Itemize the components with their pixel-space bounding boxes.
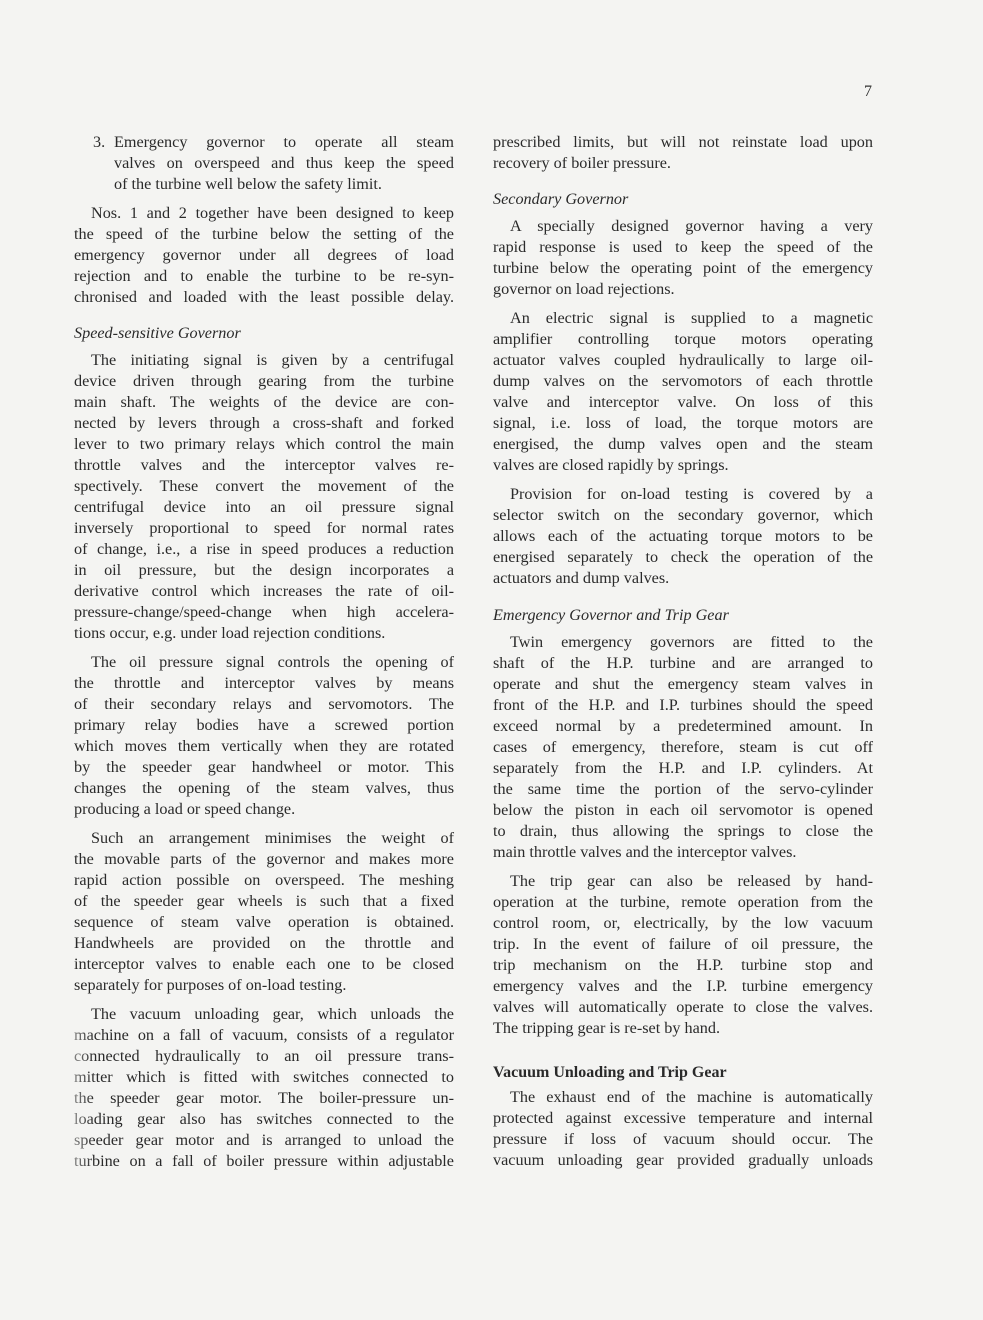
text-line: the same time the portion of the servo-c… — [493, 779, 873, 800]
text-line: The trip gear can also be released by ha… — [510, 871, 873, 892]
text-line: main shaft. The weights of the device ar… — [74, 392, 454, 413]
section-heading-vacuum-unloading: Vacuum Unloading and Trip Gear — [493, 1062, 873, 1083]
text-line: inversely proportional to speed for norm… — [74, 518, 454, 539]
text-line: turbine on a fall of boiler pressure wit… — [74, 1151, 454, 1172]
text-line: valves on overspeed and thus keep the sp… — [114, 153, 454, 174]
text-line: lever to two primary relays which contro… — [74, 434, 454, 455]
text-line: control room, or, electrically, by the l… — [493, 913, 873, 934]
text-line: trip mechanism on the H.P. turbine stop … — [493, 955, 873, 976]
text-line: A specially designed governor having a v… — [510, 216, 873, 237]
text-line: vacuum unloading gear provided gradually… — [493, 1150, 873, 1171]
text-line: sequence of steam valve operation is obt… — [74, 912, 454, 933]
text-line: The exhaust end of the machine is automa… — [510, 1087, 873, 1108]
text-line: of the speeder gear wheels is such that … — [74, 891, 454, 912]
text-line: energised separately to check the operat… — [493, 547, 873, 568]
text-line: The vacuum unloading gear, which unloads… — [91, 1004, 454, 1025]
text-line: centrifugal device into an oil pressure … — [74, 497, 454, 518]
text-line: operate and shut the emergency steam val… — [493, 674, 873, 695]
text-line: energised, the dump valves open and the … — [493, 434, 873, 455]
text-line: by the speeder gear handwheel or motor. … — [74, 757, 454, 778]
text-line: valves will automatically operate to clo… — [493, 997, 873, 1018]
text-line: actuator valves coupled hydraulically to… — [493, 350, 873, 371]
text-line: front of the H.P. and I.P. turbines shou… — [493, 695, 873, 716]
text-line: nected by levers through a cross-shaft a… — [74, 413, 454, 434]
text-line: allows each of the actuating torque moto… — [493, 526, 873, 547]
text-line: loading gear also has switches connected… — [74, 1109, 454, 1130]
section-heading-secondary-governor: Secondary Governor — [493, 189, 873, 210]
text-line: cases of emergency, therefore, steam is … — [493, 737, 873, 758]
text-line: valve and interceptor valve. On loss of … — [493, 392, 873, 413]
text-line: interceptor valves to enable each one to… — [74, 954, 454, 975]
text-line: operation at the turbine, remote operati… — [493, 892, 873, 913]
text-line: trip. In the event of failure of oil pre… — [493, 934, 873, 955]
text-line: throttle valves and the interceptor valv… — [74, 455, 454, 476]
text-line: The oil pressure signal controls the ope… — [91, 652, 454, 673]
text-line: pressure-change/speed-change when high a… — [74, 602, 454, 623]
text-line: emergency governor under all degrees of … — [74, 245, 454, 266]
text-line: recovery of boiler pressure. — [493, 153, 873, 174]
text-line: the speed of the turbine below the setti… — [74, 224, 454, 245]
text-line: The initiating signal is given by a cent… — [91, 350, 454, 371]
text-line: Such an arrangement minimises the weight… — [91, 828, 454, 849]
text-line: emergency valves and the I.P. turbine em… — [493, 976, 873, 997]
page-number: 7 — [864, 83, 872, 101]
text-line: which moves them vertically when they ar… — [74, 736, 454, 757]
section-heading-speed-sensitive-governor: Speed-sensitive Governor — [74, 323, 454, 344]
text-line: turbine below the operating point of the… — [493, 258, 873, 279]
text-line: mitter which is fitted with switches con… — [74, 1067, 454, 1088]
text-line: The tripping gear is re-set by hand. — [493, 1018, 873, 1039]
text-line: chronised and loaded with the least poss… — [74, 287, 454, 308]
text-line: exceed normal by a predetermined amount.… — [493, 716, 873, 737]
text-line: rejection and to enable the turbine to b… — [74, 266, 454, 287]
text-line: machine on a fall of vacuum, consists of… — [74, 1025, 454, 1046]
text-line: device driven through gearing from the t… — [74, 371, 454, 392]
text-line: selector switch on the secondary governo… — [493, 505, 873, 526]
text-line: tions occur, e.g. under load rejection c… — [74, 623, 454, 644]
text-line: amplifier controlling torque motors oper… — [493, 329, 873, 350]
text-line: signal, i.e. loss of load, the torque mo… — [493, 413, 873, 434]
text-line: producing a load or speed change. — [74, 799, 454, 820]
text-line: governor on load rejections. — [493, 279, 873, 300]
text-line: spectively. These convert the movement o… — [74, 476, 454, 497]
text-line: rapid response is used to keep the speed… — [493, 237, 873, 258]
text-line: in oil pressure, but the design incorpor… — [74, 560, 454, 581]
text-line: to drain, thus allowing the springs to c… — [493, 821, 873, 842]
text-line: Emergency governor to operate all steam — [114, 132, 454, 153]
text-line: An electric signal is supplied to a magn… — [510, 308, 873, 329]
text-line: the speeder gear motor. The boiler-press… — [74, 1088, 454, 1109]
text-line: Provision for on-load testing is covered… — [510, 484, 873, 505]
text-line: of the turbine well below the safety lim… — [114, 174, 454, 195]
text-line: of their secondary relays and servomotor… — [74, 694, 454, 715]
text-line: dump valves on the servomotors of each t… — [493, 371, 873, 392]
text-line: rapid action possible on overspeed. The … — [74, 870, 454, 891]
text-line: below the piston in each oil servomotor … — [493, 800, 873, 821]
text-line: derivative control which increases the r… — [74, 581, 454, 602]
text-line: protected against excessive temperature … — [493, 1108, 873, 1129]
text-line: actuators and dump valves. — [493, 568, 873, 589]
text-line: primary relay bodies have a screwed port… — [74, 715, 454, 736]
text-line: connected hydraulically to an oil pressu… — [74, 1046, 454, 1067]
section-heading-emergency-governor: Emergency Governor and Trip Gear — [493, 605, 873, 626]
text-line: changes the opening of the steam valves,… — [74, 778, 454, 799]
text-line: pressure if loss of vacuum should occur.… — [493, 1129, 873, 1150]
text-line: main throttle valves and the interceptor… — [493, 842, 873, 863]
text-line: Twin emergency governors are fitted to t… — [510, 632, 873, 653]
text-line: Handwheels are provided on the throttle … — [74, 933, 454, 954]
text-line: separately from the H.P. and I.P. cylind… — [493, 758, 873, 779]
text-line: of change, i.e., a rise in speed produce… — [74, 539, 454, 560]
text-line: speeder gear motor and is arranged to un… — [74, 1130, 454, 1151]
text-line: valves are closed rapidly by springs. — [493, 455, 873, 476]
text-line: the throttle and interceptor valves by m… — [74, 673, 454, 694]
text-line: the movable parts of the governor and ma… — [74, 849, 454, 870]
text-line: shaft of the H.P. turbine and are arrang… — [493, 653, 873, 674]
text-line: separately for purposes of on-load testi… — [74, 975, 454, 996]
text-line: prescribed limits, but will not reinstat… — [493, 132, 873, 153]
text-line: Nos. 1 and 2 together have been designed… — [91, 203, 454, 224]
